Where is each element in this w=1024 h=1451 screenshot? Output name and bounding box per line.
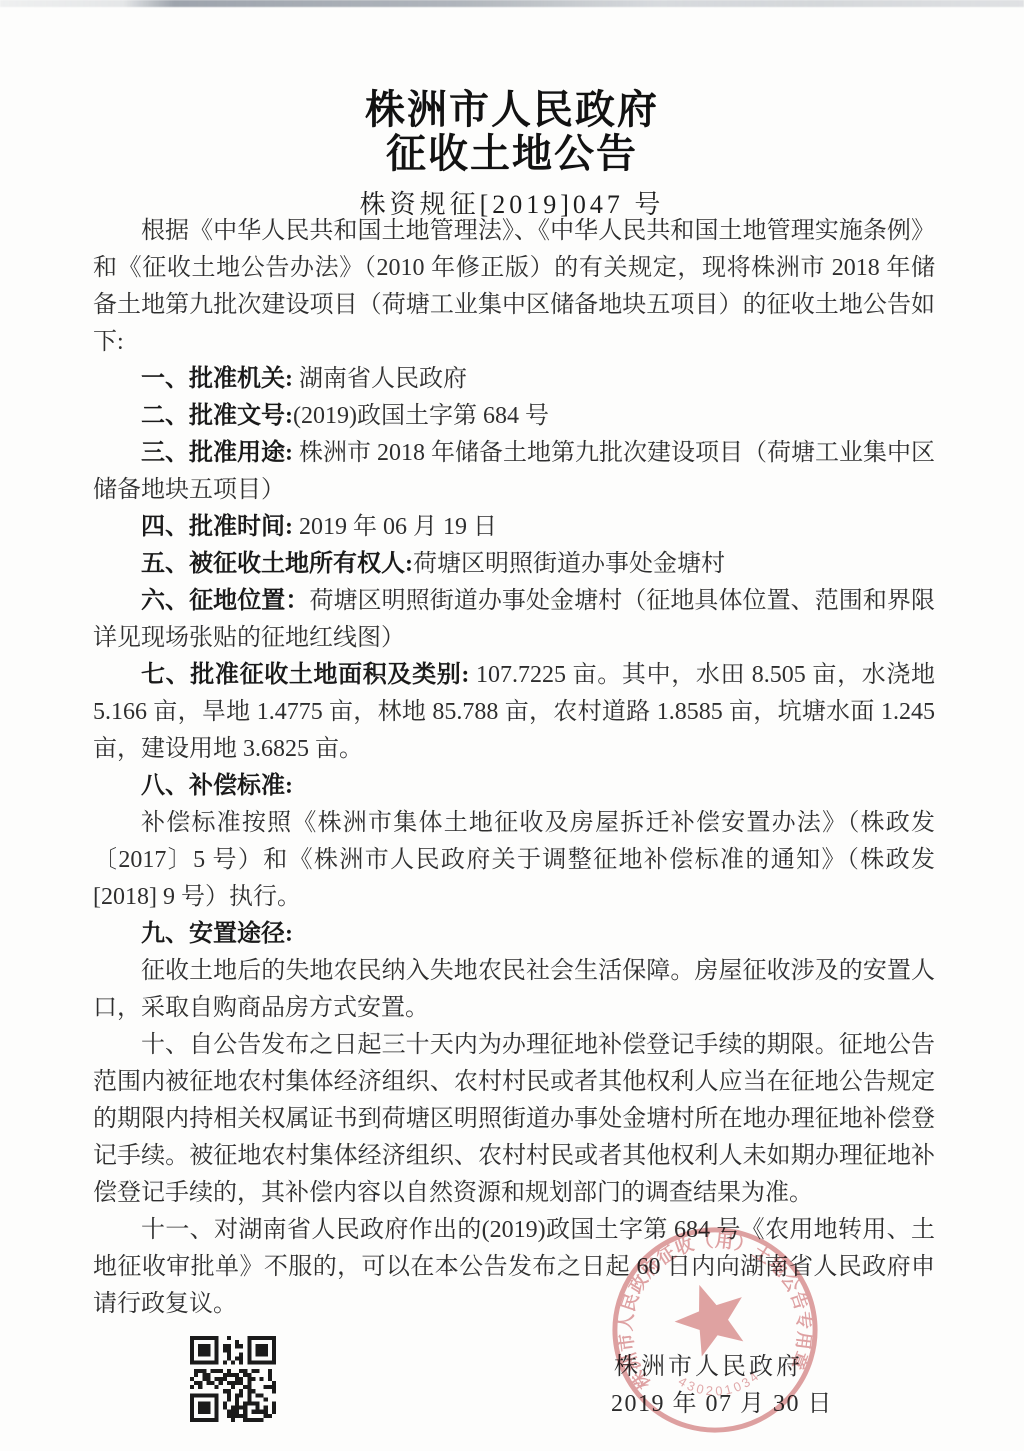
paragraph: 补偿标准按照《株洲市集体土地征收及房屋拆迁补偿安置办法》（株政发〔2017〕5 … xyxy=(93,805,935,916)
paragraph-text: 湖南省人民政府 xyxy=(293,366,467,392)
paragraph-label: 九、安置途径: xyxy=(141,921,293,947)
document-title-line1: 株洲市人民政府 xyxy=(0,88,1024,132)
paragraph-label: 二、批准文号: xyxy=(141,403,293,429)
paragraph: 二、批准文号:(2019)政国土字第 684 号 xyxy=(93,398,935,435)
paragraph-text: 根据《中华人民共和国土地管理法》、《中华人民共和国土地管理实施条例》和《征收土地… xyxy=(93,218,935,355)
paragraph: 根据《中华人民共和国土地管理法》、《中华人民共和国土地管理实施条例》和《征收土地… xyxy=(93,213,935,361)
paragraph-text: 2019 年 06 月 19 日 xyxy=(293,514,497,540)
paragraph-label: 七、批准征收土地面积及类别: xyxy=(141,662,469,688)
scan-artifact-top-edge xyxy=(0,0,1024,7)
paragraph-text: (2019)政国土字第 684 号 xyxy=(293,403,549,429)
paragraph-text: 十、自公告发布之日起三十天内为办理征地补偿登记手续的期限。征地公告范围内被征地农… xyxy=(93,1032,935,1206)
qr-code xyxy=(190,1336,276,1422)
paragraph-text: 补偿标准按照《株洲市集体土地征收及房屋拆迁补偿安置办法》（株政发〔2017〕5 … xyxy=(93,810,935,910)
document-header: 株洲市人民政府 征收土地公告 株资规征[2019]047 号 xyxy=(0,88,1024,221)
paragraph: 一、批准机关: 湖南省人民政府 xyxy=(93,361,935,398)
paragraph-label: 五、被征收土地所有权人: xyxy=(141,551,413,577)
paragraph: 征收土地后的失地农民纳入失地农民社会生活保障。房屋征收涉及的安置人口，采取自购商… xyxy=(93,953,935,1027)
document-title-line2: 征收土地公告 xyxy=(0,132,1024,176)
paragraph-label: 八、补偿标准: xyxy=(141,773,293,799)
paragraph: 九、安置途径: xyxy=(93,916,935,953)
official-seal: 株洲市人民政府征收（用）土地公告专用章 430201034788 xyxy=(597,1212,833,1448)
paragraph-label: 一、批准机关: xyxy=(141,366,293,392)
paragraph: 六、征地位置：荷塘区明照街道办事处金塘村（征地具体位置、范围和界限详见现场张贴的… xyxy=(93,583,935,657)
paragraph: 五、被征收土地所有权人:荷塘区明照街道办事处金塘村 xyxy=(93,546,935,583)
paragraph-label: 三、批准用途: xyxy=(141,440,293,466)
document-page: 株洲市人民政府 征收土地公告 株资规征[2019]047 号 根据《中华人民共和… xyxy=(0,0,1024,1451)
paragraph-label: 四、批准时间: xyxy=(141,514,293,540)
paragraph: 八、补偿标准: xyxy=(93,768,935,805)
paragraph: 三、批准用途: 株洲市 2018 年储备土地第九批次建设项目（荷塘工业集中区储备… xyxy=(93,435,935,509)
paragraph: 四、批准时间: 2019 年 06 月 19 日 xyxy=(93,509,935,546)
document-body: 根据《中华人民共和国土地管理法》、《中华人民共和国土地管理实施条例》和《征收土地… xyxy=(93,213,935,1323)
paragraph-text: 征收土地后的失地农民纳入失地农民社会生活保障。房屋征收涉及的安置人口，采取自购商… xyxy=(93,958,935,1021)
paragraph: 七、批准征收土地面积及类别: 107.7225 亩。其中，水田 8.505 亩，… xyxy=(93,657,935,768)
seal-star-icon xyxy=(672,1281,747,1358)
paragraph: 十、自公告发布之日起三十天内为办理征地补偿登记手续的期限。征地公告范围内被征地农… xyxy=(93,1027,935,1212)
paragraph-label: 六、征地位置： xyxy=(141,588,309,614)
paragraph-text: 荷塘区明照街道办事处金塘村 xyxy=(413,551,725,577)
